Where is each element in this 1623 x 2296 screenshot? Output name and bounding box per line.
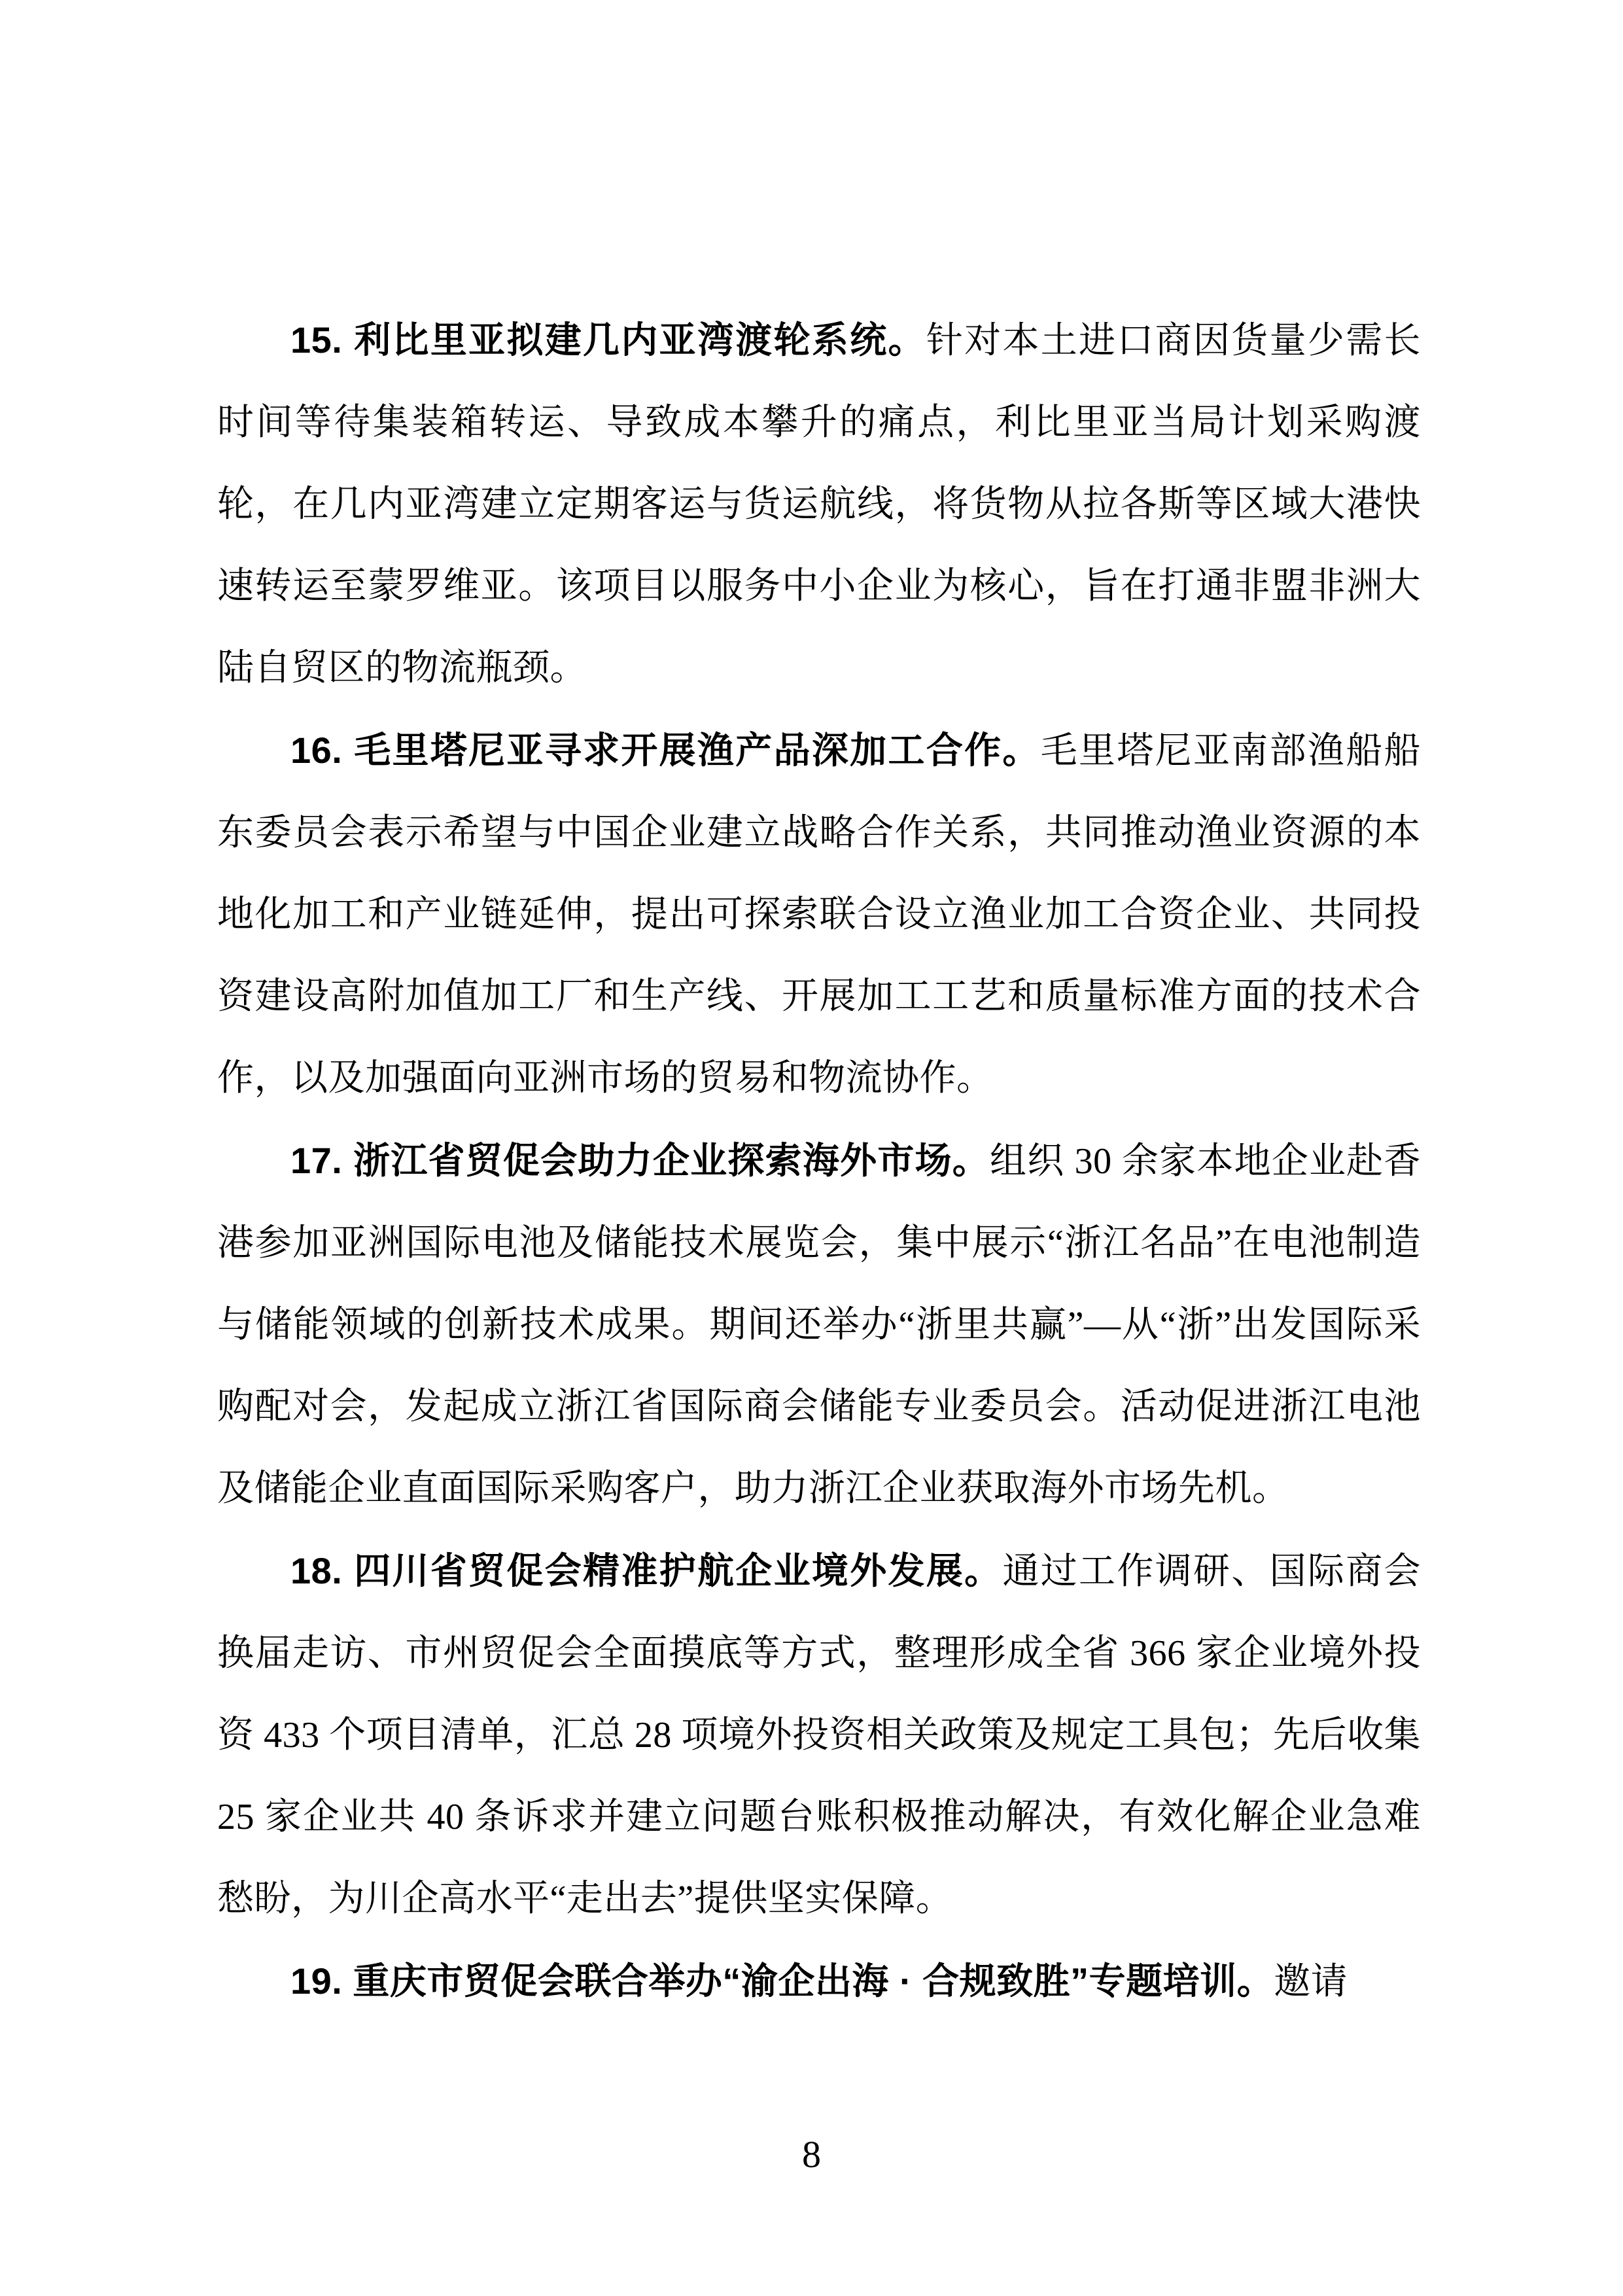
paragraph-19-body: 邀请	[1274, 1962, 1348, 2002]
paragraph-19: 19. 重庆市贸促会联合举办“渝企出海 · 合规致胜”专题培训。邀请	[217, 1940, 1421, 2023]
paragraph-18: 18. 四川省贸促会精准护航企业境外发展。通过工作调研、国际商会换届走访、市州贸…	[217, 1530, 1421, 1940]
paragraph-18-body: 通过工作调研、国际商会换届走访、市州贸促会全面摸底等方式，整理形成全省 366 …	[217, 1551, 1421, 1919]
paragraph-15-body: 针对本土进口商因货量少需长时间等待集装箱转运、导致成本攀升的痛点，利比里亚当局计…	[217, 321, 1421, 688]
page-number: 8	[802, 2133, 821, 2176]
paragraph-17-body: 组织 30 余家本地企业赴香港参加亚洲国际电池及储能技术展览会，集中展示“浙江名…	[217, 1141, 1421, 1509]
document-body: 15. 利比里亚拟建几内亚湾渡轮系统。针对本土进口商因货量少需长时间等待集装箱转…	[217, 299, 1421, 2023]
paragraph-17-heading: 17. 浙江省贸促会助力企业探索海外市场。	[290, 1140, 990, 1181]
paragraph-16-body: 毛里塔尼亚南部渔船船东委员会表示希望与中国企业建立战略合作关系，共同推动渔业资源…	[217, 731, 1421, 1099]
paragraph-19-heading: 19. 重庆市贸促会联合举办“渝企出海 · 合规致胜”专题培训。	[290, 1960, 1274, 2002]
document-page: 15. 利比里亚拟建几内亚湾渡轮系统。针对本土进口商因货量少需长时间等待集装箱转…	[0, 0, 1623, 2296]
paragraph-15-heading: 15. 利比里亚拟建几内亚湾渡轮系统。	[290, 319, 926, 361]
paragraph-16-heading: 16. 毛里塔尼亚寻求开展渔产品深加工合作。	[290, 730, 1041, 771]
paragraph-18-heading: 18. 四川省贸促会精准护航企业境外发展。	[290, 1550, 1002, 1591]
paragraph-17: 17. 浙江省贸促会助力企业探索海外市场。组织 30 余家本地企业赴香港参加亚洲…	[217, 1120, 1421, 1530]
paragraph-15: 15. 利比里亚拟建几内亚湾渡轮系统。针对本土进口商因货量少需长时间等待集装箱转…	[217, 299, 1421, 709]
paragraph-16: 16. 毛里塔尼亚寻求开展渔产品深加工合作。毛里塔尼亚南部渔船船东委员会表示希望…	[217, 709, 1421, 1120]
page-footer: 8	[0, 2132, 1623, 2178]
